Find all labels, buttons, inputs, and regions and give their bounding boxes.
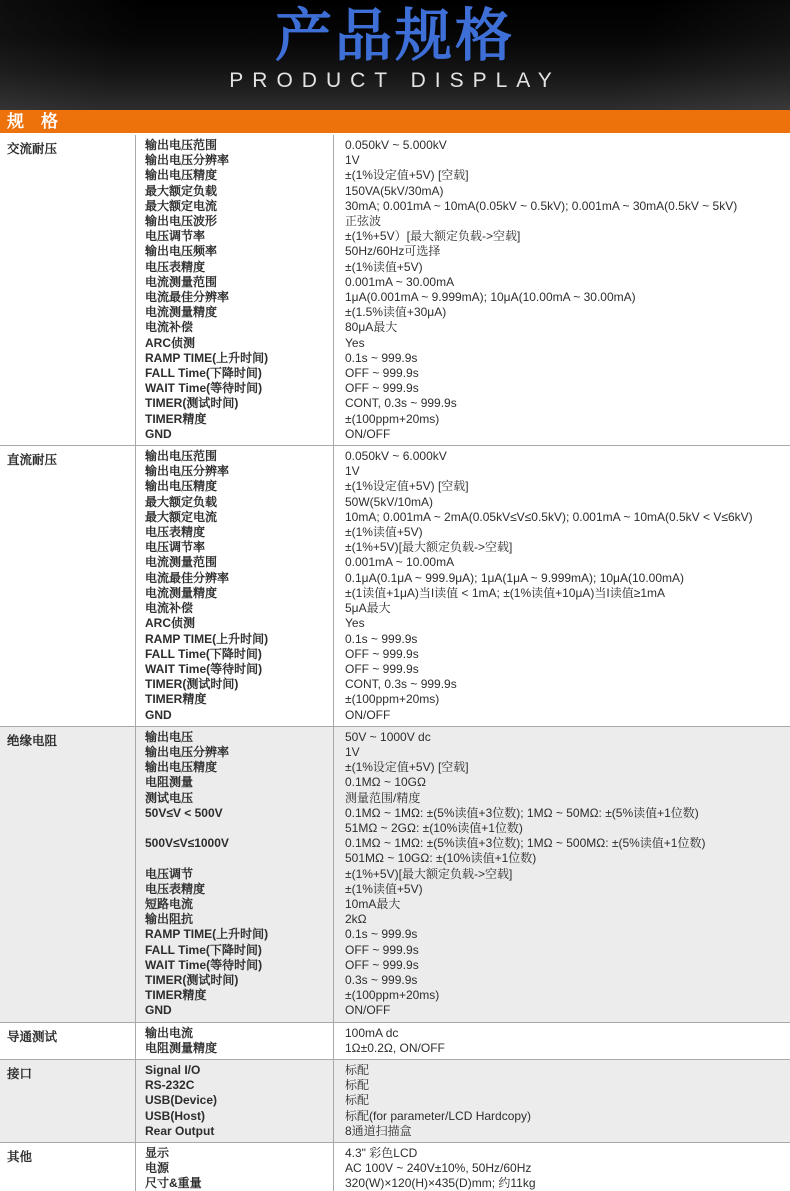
section-category-label: 绝缘电阻	[0, 727, 136, 1022]
spec-row: 输出电压波形正弦波	[136, 214, 790, 229]
spec-param-value: 0.1MΩ ~ 1MΩ: ±(5%读值+3位数); 1MΩ ~ 50MΩ: ±(…	[333, 806, 790, 821]
spec-param-value: 100mA dc	[333, 1026, 790, 1041]
spec-param-label: TIMER(测试时间)	[136, 396, 333, 411]
spec-param-value: ±(100ppm+20ms)	[333, 412, 790, 427]
spec-param-label: FALL Time(下降时间)	[136, 366, 333, 381]
spec-param-value: 10mA最大	[333, 897, 790, 912]
spec-row: TIMER(测试时间)CONT, 0.3s ~ 999.9s	[136, 396, 790, 411]
spec-row: USB(Device)标配	[136, 1093, 790, 1108]
spec-param-value: 80μA最大	[333, 320, 790, 335]
spec-row: 输出电压精度±(1%设定值+5V) [空载]	[136, 168, 790, 183]
spec-table: 交流耐压输出电压范围0.050kV ~ 5.000kV输出电压分辨率1V输出电压…	[0, 135, 790, 1191]
spec-param-value: 0.1s ~ 999.9s	[333, 927, 790, 942]
spec-row: TIMER精度±(100ppm+20ms)	[136, 692, 790, 707]
spec-param-value: OFF ~ 999.9s	[333, 647, 790, 662]
spec-row: FALL Time(下降时间)OFF ~ 999.9s	[136, 647, 790, 662]
spec-param-label: RAMP TIME(上升时间)	[136, 632, 333, 647]
spec-param-label: 最大额定电流	[136, 510, 333, 525]
spec-param-label: 电流补偿	[136, 601, 333, 616]
spec-param-label: TIMER精度	[136, 988, 333, 1003]
spec-param-value: 0.1MΩ ~ 10GΩ	[333, 775, 790, 790]
spec-param-label: 电流测量精度	[136, 586, 333, 601]
spec-param-label: 电流测量范围	[136, 555, 333, 570]
spec-param-value: 1V	[333, 153, 790, 168]
section-rows: 输出电压范围0.050kV ~ 5.000kV输出电压分辨率1V输出电压精度±(…	[136, 135, 790, 445]
spec-row: 输出电压范围0.050kV ~ 6.000kV	[136, 449, 790, 464]
spec-row: RS-232C标配	[136, 1078, 790, 1093]
spec-row: 电压调节±(1%+5V)[最大额定负载->空载]	[136, 867, 790, 882]
section-rows: 输出电流100mA dc电阻测量精度1Ω±0.2Ω, ON/OFF	[136, 1023, 790, 1059]
spec-param-label: Signal I/O	[136, 1063, 333, 1078]
spec-row: ARC侦测Yes	[136, 336, 790, 351]
spec-param-value: ±(1%+5V)[最大额定负载->空载]	[333, 540, 790, 555]
spec-param-value: ±(1%设定值+5V) [空载]	[333, 168, 790, 183]
spec-param-value: ON/OFF	[333, 427, 790, 442]
spec-row: 电压表精度±(1%读值+5V)	[136, 260, 790, 275]
spec-param-value: 0.001mA ~ 30.00mA	[333, 275, 790, 290]
spec-row: FALL Time(下降时间)OFF ~ 999.9s	[136, 366, 790, 381]
spec-param-value: ±(100ppm+20ms)	[333, 988, 790, 1003]
spec-row: 测试电压测量范围/精度	[136, 791, 790, 806]
spec-param-value: ON/OFF	[333, 1003, 790, 1018]
spec-row: Rear Output8通道扫描盒	[136, 1124, 790, 1139]
spec-param-label: 输出电压范围	[136, 449, 333, 464]
page-subtitle: PRODUCT DISPLAY	[0, 69, 790, 93]
spec-row: 电阻测量精度1Ω±0.2Ω, ON/OFF	[136, 1041, 790, 1056]
spec-param-label: FALL Time(下降时间)	[136, 943, 333, 958]
spec-row: ARC侦测Yes	[136, 616, 790, 631]
section-rows: Signal I/O标配RS-232C标配USB(Device)标配USB(Ho…	[136, 1060, 790, 1142]
spec-param-value: Yes	[333, 336, 790, 351]
spec-param-label: ARC侦测	[136, 616, 333, 631]
spec-param-value: 标配	[333, 1078, 790, 1093]
spec-row: 最大额定负载150VA(5kV/30mA)	[136, 184, 790, 199]
spec-param-label	[136, 851, 333, 866]
spec-param-value: 50Hz/60Hz可选择	[333, 244, 790, 259]
spec-row: 电压调节率±(1%+5V）[最大额定负载->空载]	[136, 229, 790, 244]
spec-param-value: ±(1%设定值+5V) [空载]	[333, 479, 790, 494]
spec-param-label: 最大额定负载	[136, 184, 333, 199]
spec-param-label: GND	[136, 1003, 333, 1018]
spec-param-label: 输出电压	[136, 730, 333, 745]
spec-row: 电阻测量0.1MΩ ~ 10GΩ	[136, 775, 790, 790]
spec-row: TIMER精度±(100ppm+20ms)	[136, 988, 790, 1003]
banner: 产品规格 PRODUCT DISPLAY	[0, 0, 790, 110]
spec-param-value: 0.3s ~ 999.9s	[333, 973, 790, 988]
spec-param-value: ±(1%读值+5V)	[333, 882, 790, 897]
spec-param-label: 输出阻抗	[136, 912, 333, 927]
spec-param-value: 320(W)×120(H)×435(D)mm; 约11kg	[333, 1176, 790, 1191]
spec-param-label: 电流测量精度	[136, 305, 333, 320]
spec-param-value: OFF ~ 999.9s	[333, 943, 790, 958]
spec-param-label: WAIT Time(等待时间)	[136, 381, 333, 396]
spec-row: USB(Host)标配(for parameter/LCD Hardcopy)	[136, 1109, 790, 1124]
spec-param-value: ±(1%读值+5V)	[333, 260, 790, 275]
spec-param-value: ±(1%读值+5V)	[333, 525, 790, 540]
spec-header-label: 规 格	[7, 112, 58, 131]
section-category-label: 直流耐压	[0, 446, 136, 726]
section-category-label: 交流耐压	[0, 135, 136, 445]
spec-param-value: 5μA最大	[333, 601, 790, 616]
spec-param-value: OFF ~ 999.9s	[333, 366, 790, 381]
spec-param-value: 30mA; 0.001mA ~ 10mA(0.05kV ~ 0.5kV); 0.…	[333, 199, 790, 214]
spec-param-value: 10mA; 0.001mA ~ 2mA(0.05kV≤V≤0.5kV); 0.0…	[333, 510, 790, 525]
spec-param-value: 50V ~ 1000V dc	[333, 730, 790, 745]
spec-param-value: 50W(5kV/10mA)	[333, 495, 790, 510]
spec-param-value: AC 100V ~ 240V±10%, 50Hz/60Hz	[333, 1161, 790, 1176]
spec-row: RAMP TIME(上升时间)0.1s ~ 999.9s	[136, 632, 790, 647]
spec-param-label: FALL Time(下降时间)	[136, 647, 333, 662]
spec-row: 501MΩ ~ 10GΩ: ±(10%读值+1位数)	[136, 851, 790, 866]
spec-row: GNDON/OFF	[136, 1003, 790, 1018]
spec-row: RAMP TIME(上升时间)0.1s ~ 999.9s	[136, 351, 790, 366]
spec-param-value: ±(100ppm+20ms)	[333, 692, 790, 707]
spec-param-label: 500V≤V≤1000V	[136, 836, 333, 851]
spec-param-label: USB(Host)	[136, 1109, 333, 1124]
spec-row: 电流补偿80μA最大	[136, 320, 790, 335]
spec-param-value: OFF ~ 999.9s	[333, 662, 790, 677]
spec-param-label: TIMER精度	[136, 692, 333, 707]
spec-row: 电压表精度±(1%读值+5V)	[136, 525, 790, 540]
spec-param-value: ±(1.5%读值+30μA)	[333, 305, 790, 320]
spec-header-bar: 规 格	[0, 110, 790, 135]
spec-param-value: 1μA(0.001mA ~ 9.999mA); 10μA(10.00mA ~ 3…	[333, 290, 790, 305]
spec-param-label	[136, 821, 333, 836]
spec-param-value: ±(1%设定值+5V) [空载]	[333, 760, 790, 775]
spec-param-value: 标配	[333, 1063, 790, 1078]
spec-row: GNDON/OFF	[136, 708, 790, 723]
spec-section-0: 交流耐压输出电压范围0.050kV ~ 5.000kV输出电压分辨率1V输出电压…	[0, 135, 790, 446]
spec-param-value: 标配	[333, 1093, 790, 1108]
spec-param-value: ±(1%+5V）[最大额定负载->空载]	[333, 229, 790, 244]
section-category-label: 导通测试	[0, 1023, 136, 1059]
spec-param-value: ON/OFF	[333, 708, 790, 723]
spec-param-label: 50V≤V < 500V	[136, 806, 333, 821]
section-category-label: 其他	[0, 1143, 136, 1191]
spec-row: 输出电压精度±(1%设定值+5V) [空载]	[136, 760, 790, 775]
spec-param-label: TIMER精度	[136, 412, 333, 427]
spec-param-label: 最大额定电流	[136, 199, 333, 214]
spec-row: 输出电流100mA dc	[136, 1026, 790, 1041]
spec-row: 输出电压分辨率1V	[136, 153, 790, 168]
spec-param-value: 0.1μA(0.1μA ~ 999.9μA); 1μA(1μA ~ 9.999m…	[333, 571, 790, 586]
spec-row: 短路电流10mA最大	[136, 897, 790, 912]
spec-param-label: 输出电压范围	[136, 138, 333, 153]
spec-param-value: 标配(for parameter/LCD Hardcopy)	[333, 1109, 790, 1124]
section-rows: 输出电压50V ~ 1000V dc输出电压分辨率1V输出电压精度±(1%设定值…	[136, 727, 790, 1022]
spec-param-label: 最大额定负载	[136, 495, 333, 510]
page-title: 产品规格	[0, 0, 790, 66]
spec-param-label: RS-232C	[136, 1078, 333, 1093]
spec-param-label: 显示	[136, 1146, 333, 1161]
spec-param-value: 4.3" 彩色LCD	[333, 1146, 790, 1161]
section-rows: 显示4.3" 彩色LCD电源AC 100V ~ 240V±10%, 50Hz/6…	[136, 1143, 790, 1191]
spec-row: 输出电压50V ~ 1000V dc	[136, 730, 790, 745]
product-spec-page: 产品规格 PRODUCT DISPLAY 规 格 交流耐压输出电压范围0.050…	[0, 0, 790, 1191]
spec-param-label: 输出电压分辨率	[136, 153, 333, 168]
spec-row: WAIT Time(等待时间)OFF ~ 999.9s	[136, 662, 790, 677]
spec-param-label: WAIT Time(等待时间)	[136, 662, 333, 677]
spec-param-value: CONT, 0.3s ~ 999.9s	[333, 677, 790, 692]
spec-param-value: 150VA(5kV/30mA)	[333, 184, 790, 199]
spec-param-label: 电流最佳分辨率	[136, 571, 333, 586]
spec-row: 输出电压精度±(1%设定值+5V) [空载]	[136, 479, 790, 494]
spec-row: 电源AC 100V ~ 240V±10%, 50Hz/60Hz	[136, 1161, 790, 1176]
spec-param-label: 电压表精度	[136, 260, 333, 275]
spec-row: RAMP TIME(上升时间)0.1s ~ 999.9s	[136, 927, 790, 942]
spec-param-value: 501MΩ ~ 10GΩ: ±(10%读值+1位数)	[333, 851, 790, 866]
spec-param-label: 电流最佳分辨率	[136, 290, 333, 305]
spec-section-4: 接口Signal I/O标配RS-232C标配USB(Device)标配USB(…	[0, 1060, 790, 1143]
spec-param-label: 电流测量范围	[136, 275, 333, 290]
spec-section-5: 其他显示4.3" 彩色LCD电源AC 100V ~ 240V±10%, 50Hz…	[0, 1143, 790, 1191]
spec-row: Signal I/O标配	[136, 1063, 790, 1078]
spec-row: 输出电压范围0.050kV ~ 5.000kV	[136, 138, 790, 153]
spec-param-value: 0.001mA ~ 10.00mA	[333, 555, 790, 570]
spec-param-label: 输出电压分辨率	[136, 464, 333, 479]
spec-param-value: 0.050kV ~ 5.000kV	[333, 138, 790, 153]
spec-row: 输出电压分辨率1V	[136, 464, 790, 479]
spec-row: 50V≤V < 500V0.1MΩ ~ 1MΩ: ±(5%读值+3位数); 1M…	[136, 806, 790, 821]
spec-param-label: USB(Device)	[136, 1093, 333, 1108]
spec-row: 电流补偿5μA最大	[136, 601, 790, 616]
spec-row: 电压表精度±(1%读值+5V)	[136, 882, 790, 897]
spec-row: 电流测量精度±(1读值+1μA)当I读值 < 1mA; ±(1%读值+10μA)…	[136, 586, 790, 601]
spec-param-label: 输出电压分辨率	[136, 745, 333, 760]
spec-param-label: 电源	[136, 1161, 333, 1176]
spec-row: 最大额定负载50W(5kV/10mA)	[136, 495, 790, 510]
spec-param-value: OFF ~ 999.9s	[333, 958, 790, 973]
spec-param-label: 输出电压精度	[136, 479, 333, 494]
spec-row: TIMER精度±(100ppm+20ms)	[136, 412, 790, 427]
spec-row: 电流测量范围0.001mA ~ 10.00mA	[136, 555, 790, 570]
spec-param-label: 测试电压	[136, 791, 333, 806]
spec-section-1: 直流耐压输出电压范围0.050kV ~ 6.000kV输出电压分辨率1V输出电压…	[0, 446, 790, 727]
spec-param-label: 输出电流	[136, 1026, 333, 1041]
spec-param-label: 电压调节	[136, 867, 333, 882]
section-category-label: 接口	[0, 1060, 136, 1142]
spec-param-value: 0.1s ~ 999.9s	[333, 351, 790, 366]
spec-param-value: 1V	[333, 745, 790, 760]
spec-param-label: 尺寸&重量	[136, 1176, 333, 1191]
spec-param-label: 电流补偿	[136, 320, 333, 335]
spec-param-label: 电阻测量精度	[136, 1041, 333, 1056]
spec-param-label: 电压表精度	[136, 525, 333, 540]
spec-row: 电流测量精度±(1.5%读值+30μA)	[136, 305, 790, 320]
spec-row: 输出阻抗2kΩ	[136, 912, 790, 927]
spec-param-label: 输出电压频率	[136, 244, 333, 259]
spec-section-2: 绝缘电阻输出电压50V ~ 1000V dc输出电压分辨率1V输出电压精度±(1…	[0, 727, 790, 1023]
spec-param-value: 正弦波	[333, 214, 790, 229]
spec-param-value: 测量范围/精度	[333, 791, 790, 806]
spec-param-label: 电压调节率	[136, 229, 333, 244]
spec-param-value: 0.1MΩ ~ 1MΩ: ±(5%读值+3位数); 1MΩ ~ 500MΩ: ±…	[333, 836, 790, 851]
spec-section-3: 导通测试输出电流100mA dc电阻测量精度1Ω±0.2Ω, ON/OFF	[0, 1023, 790, 1060]
spec-row: WAIT Time(等待时间)OFF ~ 999.9s	[136, 958, 790, 973]
spec-param-value: 0.050kV ~ 6.000kV	[333, 449, 790, 464]
spec-row: 电流最佳分辨率0.1μA(0.1μA ~ 999.9μA); 1μA(1μA ~…	[136, 571, 790, 586]
spec-param-label: RAMP TIME(上升时间)	[136, 927, 333, 942]
spec-param-value: 1Ω±0.2Ω, ON/OFF	[333, 1041, 790, 1056]
spec-row: 尺寸&重量320(W)×120(H)×435(D)mm; 约11kg	[136, 1176, 790, 1191]
spec-row: 最大额定电流30mA; 0.001mA ~ 10mA(0.05kV ~ 0.5k…	[136, 199, 790, 214]
spec-param-label: 输出电压精度	[136, 760, 333, 775]
spec-param-value: CONT, 0.3s ~ 999.9s	[333, 396, 790, 411]
spec-param-label: TIMER(测试时间)	[136, 973, 333, 988]
spec-row: WAIT Time(等待时间)OFF ~ 999.9s	[136, 381, 790, 396]
spec-param-value: 1V	[333, 464, 790, 479]
spec-row: FALL Time(下降时间)OFF ~ 999.9s	[136, 943, 790, 958]
spec-row: GNDON/OFF	[136, 427, 790, 442]
spec-param-label: 电压表精度	[136, 882, 333, 897]
spec-row: TIMER(测试时间)0.3s ~ 999.9s	[136, 973, 790, 988]
spec-row: 输出电压分辨率1V	[136, 745, 790, 760]
spec-param-label: RAMP TIME(上升时间)	[136, 351, 333, 366]
spec-param-label: WAIT Time(等待时间)	[136, 958, 333, 973]
spec-param-label: ARC侦测	[136, 336, 333, 351]
spec-row: 51MΩ ~ 2GΩ: ±(10%读值+1位数)	[136, 821, 790, 836]
spec-row: 最大额定电流10mA; 0.001mA ~ 2mA(0.05kV≤V≤0.5kV…	[136, 510, 790, 525]
spec-param-value: 51MΩ ~ 2GΩ: ±(10%读值+1位数)	[333, 821, 790, 836]
spec-param-label: Rear Output	[136, 1124, 333, 1139]
spec-row: 500V≤V≤1000V0.1MΩ ~ 1MΩ: ±(5%读值+3位数); 1M…	[136, 836, 790, 851]
spec-param-label: 短路电流	[136, 897, 333, 912]
spec-param-label: GND	[136, 427, 333, 442]
section-rows: 输出电压范围0.050kV ~ 6.000kV输出电压分辨率1V输出电压精度±(…	[136, 446, 790, 726]
spec-param-value: OFF ~ 999.9s	[333, 381, 790, 396]
spec-param-value: ±(1读值+1μA)当I读值 < 1mA; ±(1%读值+10μA)当I读值≥1…	[333, 586, 790, 601]
spec-row: 电流最佳分辨率1μA(0.001mA ~ 9.999mA); 10μA(10.0…	[136, 290, 790, 305]
spec-param-label: 输出电压精度	[136, 168, 333, 183]
spec-param-value: Yes	[333, 616, 790, 631]
spec-row: 电压调节率±(1%+5V)[最大额定负载->空载]	[136, 540, 790, 555]
spec-param-label: 电阻测量	[136, 775, 333, 790]
spec-row: 输出电压频率50Hz/60Hz可选择	[136, 244, 790, 259]
spec-param-label: 电压调节率	[136, 540, 333, 555]
spec-param-label: 输出电压波形	[136, 214, 333, 229]
spec-row: 电流测量范围0.001mA ~ 30.00mA	[136, 275, 790, 290]
spec-param-value: 2kΩ	[333, 912, 790, 927]
spec-param-value: 0.1s ~ 999.9s	[333, 632, 790, 647]
spec-param-label: GND	[136, 708, 333, 723]
spec-param-value: 8通道扫描盒	[333, 1124, 790, 1139]
spec-row: TIMER(测试时间)CONT, 0.3s ~ 999.9s	[136, 677, 790, 692]
spec-row: 显示4.3" 彩色LCD	[136, 1146, 790, 1161]
spec-param-label: TIMER(测试时间)	[136, 677, 333, 692]
spec-param-value: ±(1%+5V)[最大额定负载->空载]	[333, 867, 790, 882]
